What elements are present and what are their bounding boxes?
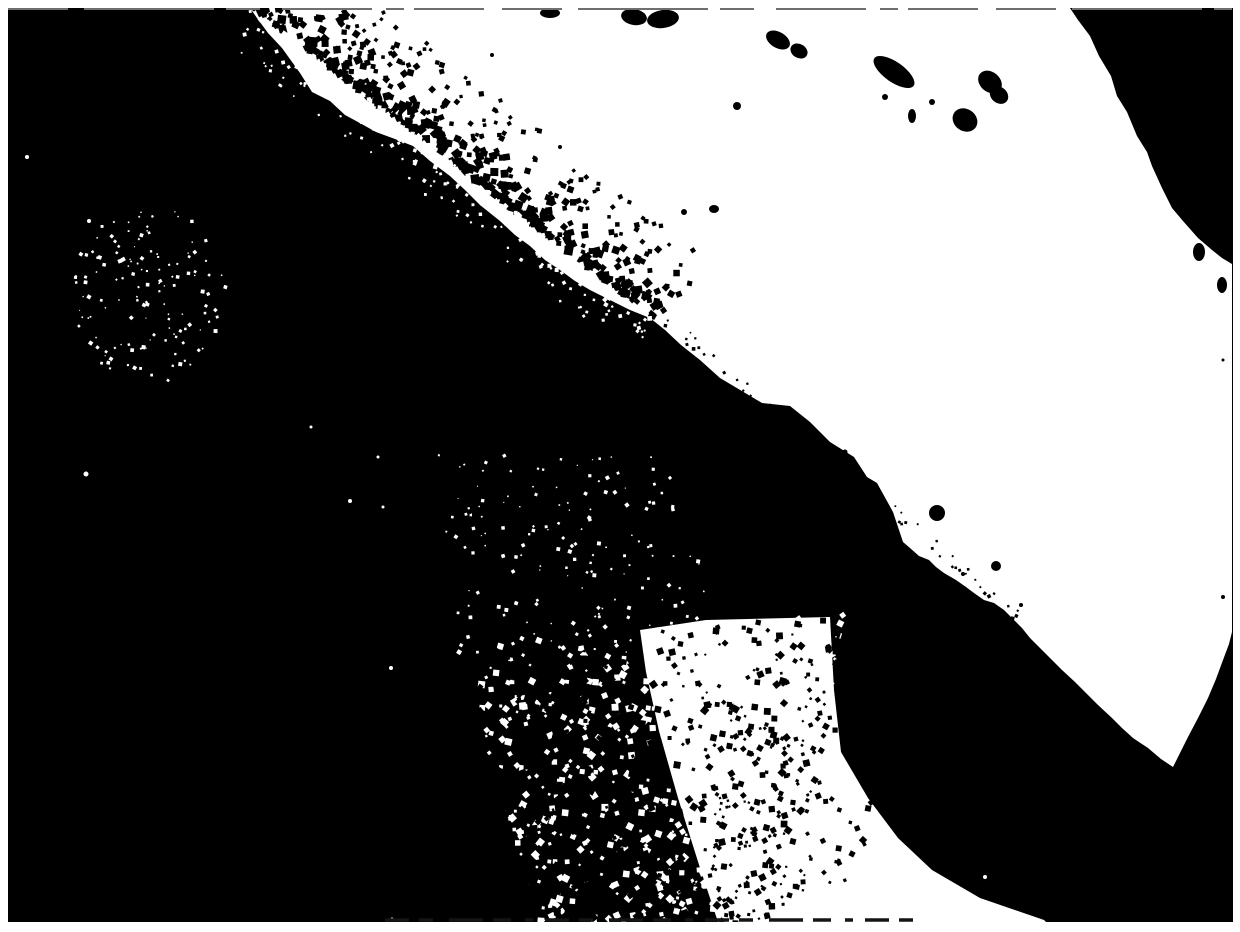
pore-speck	[310, 426, 313, 429]
inclusion-blob	[843, 450, 848, 455]
inclusion-blob	[929, 99, 935, 105]
inclusion-blob	[991, 561, 1001, 571]
binarized-micrograph-image	[0, 0, 1240, 932]
inclusion-blob	[1217, 277, 1227, 293]
inclusion-blob	[1221, 595, 1225, 599]
inclusion-blob	[733, 102, 741, 110]
inclusion-blob	[681, 209, 687, 215]
inclusion-blob	[929, 505, 945, 521]
inclusion-blob	[558, 145, 562, 149]
inclusion-blob	[1019, 603, 1023, 607]
inclusion-blob	[490, 53, 494, 57]
pore-speck	[836, 776, 839, 779]
pore-speck	[382, 506, 385, 509]
micrograph-page	[0, 0, 1240, 932]
pore-speck	[84, 472, 89, 477]
pore-speck	[25, 155, 29, 159]
inclusion-blob	[882, 94, 888, 100]
pore-speck	[348, 499, 352, 503]
inclusion-blob	[709, 205, 719, 213]
pore-speck	[389, 666, 393, 670]
pore-speck	[377, 456, 380, 459]
inclusion-blob	[1222, 359, 1225, 362]
inclusion-blob	[908, 109, 916, 123]
inclusion-blob	[1193, 243, 1205, 261]
inclusion-blob	[961, 572, 965, 576]
pore-speck	[983, 875, 987, 879]
pore-speck	[87, 219, 91, 223]
